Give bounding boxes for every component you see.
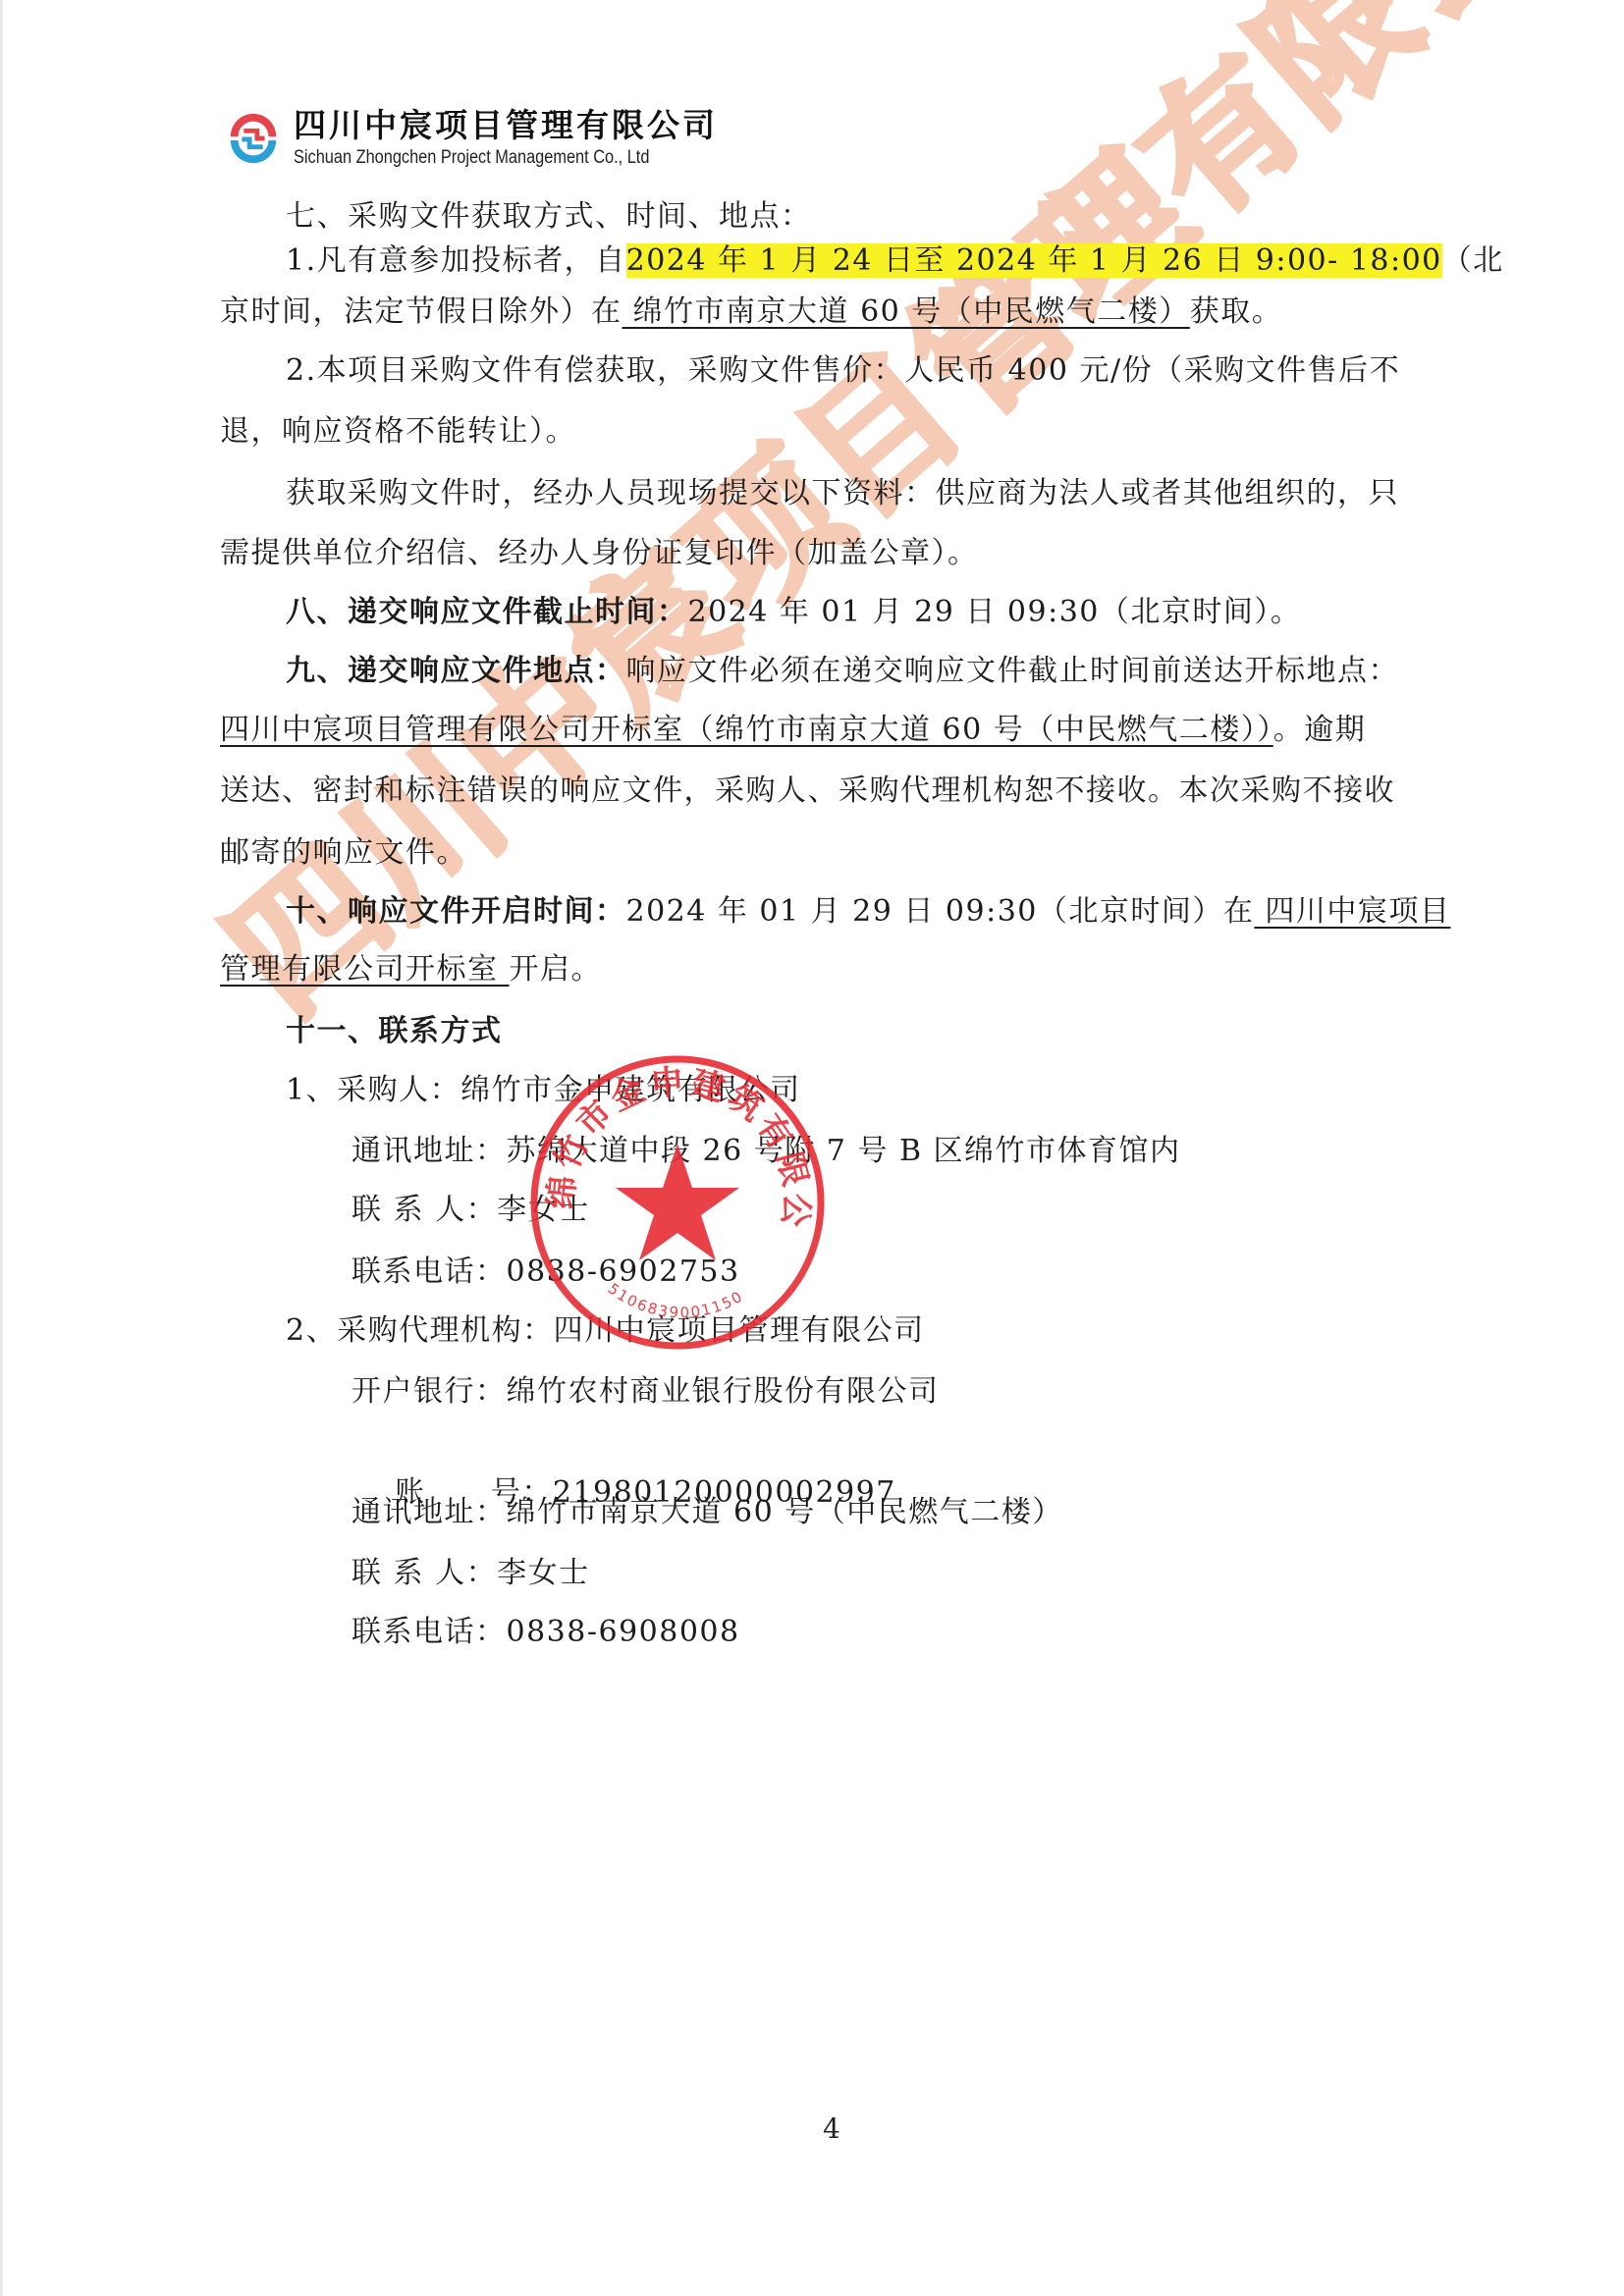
opening-location-part1: 四川中宸项目	[1254, 894, 1450, 929]
phone-label: 联系电话：	[352, 1615, 507, 1649]
address-value: 绵竹市南京大道 60 号（中民燃气二楼）	[507, 1495, 1063, 1529]
section-8-label: 八、递交响应文件截止时间：	[286, 595, 688, 629]
section-7-para1-line2: 京时间，法定节假日除外）在 绵竹市南京大道 60 号（中民燃气二楼）获取。	[220, 293, 1282, 332]
section-10-line2: 管理有限公司开标室 开启。	[220, 950, 602, 989]
page-number: 4	[823, 2112, 840, 2145]
official-seal-stamp: 绵竹市金申建筑有限公司 5106839001150	[525, 1050, 830, 1355]
seal-number: 5106839001150	[605, 1280, 747, 1322]
bank-value: 绵竹农村商业银行股份有限公司	[507, 1374, 940, 1409]
para1-line2-prefix: 京时间，法定节假日除外）在	[220, 294, 623, 329]
contact-value: 李女士	[497, 1556, 590, 1590]
agency-contact: 联 系 人：李女士	[352, 1554, 590, 1593]
zhongchen-logo-icon	[225, 110, 282, 167]
section-10-label: 十、响应文件开启时间：	[286, 894, 626, 929]
section-9-line2: 四川中宸项目管理有限公司开标室（绵竹市南京大道 60 号（中民燃气二楼））。逾期	[220, 711, 1366, 750]
agency-bank: 开户银行：绵竹农村商业银行股份有限公司	[352, 1372, 940, 1412]
company-logo-header: 四川中宸项目管理有限公司 Sichuan Zhongchen Project M…	[225, 106, 735, 175]
section-9-suffix: 。逾期	[1273, 713, 1367, 747]
section-9-line3: 送达、密封和标注错误的响应文件，采购人、采购代理机构恕不接收。本次采购不接收	[220, 772, 1395, 811]
section-8-value: 2024 年 01 月 29 日 09:30（北京时间）。	[688, 595, 1302, 629]
section-10-value: 2024 年 01 月 29 日 09:30（北京时间）在	[626, 894, 1255, 929]
pickup-location: 绵竹市南京大道 60 号（中民燃气二楼）	[623, 294, 1190, 329]
contact-label: 联 系 人：	[352, 1556, 497, 1590]
section-7-para2-line1: 2.本项目采购文件有偿获取，采购文件售价：人民币 400 元/份（采购文件售后不	[286, 351, 1400, 391]
contact-label: 联 系 人：	[352, 1193, 497, 1227]
section-7-para2-line2: 退，响应资格不能转让）。	[220, 412, 576, 452]
star-icon	[616, 1144, 739, 1260]
agency-phone: 联系电话：0838-6908008	[352, 1613, 740, 1652]
section-9-line4: 邮寄的响应文件。	[220, 833, 467, 873]
para1-suffix: （北	[1442, 243, 1504, 278]
company-name-en: Sichuan Zhongchen Project Management Co.…	[294, 147, 649, 169]
section-7-para1-line1: 1.凡有意参加投标者，自2024 年 1 月 24 日至 2024 年 1 月 …	[286, 241, 1504, 281]
para1-prefix: 1.凡有意参加投标者，自	[286, 243, 626, 278]
section-8: 八、递交响应文件截止时间：2024 年 01 月 29 日 09:30（北京时间…	[286, 593, 1301, 632]
phone-value: 0838-6908008	[507, 1615, 740, 1649]
agency-address: 通讯地址：绵竹市南京大道 60 号（中民燃气二楼）	[352, 1493, 1063, 1532]
section-9-label: 九、递交响应文件地点：	[286, 654, 626, 688]
section-10-line1: 十、响应文件开启时间：2024 年 01 月 29 日 09:30（北京时间）在…	[286, 892, 1450, 932]
para1-line2-suffix: 获取。	[1190, 294, 1283, 329]
highlighted-date-range: 2024 年 1 月 24 日至 2024 年 1 月 26 日 9:00- 1…	[626, 243, 1442, 278]
opening-location-part2: 管理有限公司开标室	[220, 952, 510, 987]
address-label: 通讯地址：	[352, 1134, 507, 1168]
section-11-title: 十一、联系方式	[286, 1012, 503, 1051]
section-9-text1: 响应文件必须在递交响应文件截止时间前送达开标地点：	[626, 654, 1400, 688]
company-name-cn: 四川中宸项目管理有限公司	[294, 106, 718, 145]
phone-label: 联系电话：	[352, 1255, 507, 1289]
bank-label: 开户银行：	[352, 1374, 507, 1409]
address-label: 通讯地址：	[352, 1495, 507, 1529]
bid-opening-location: 四川中宸项目管理有限公司开标室（绵竹市南京大道 60 号（中民燃气二楼））	[220, 713, 1273, 747]
section-10-suffix: 开启。	[510, 952, 603, 987]
section-9-line1: 九、递交响应文件地点：响应文件必须在递交响应文件截止时间前送达开标地点：	[286, 652, 1399, 691]
document-page: 四川中宸项目管理有限公司 四川中宸项目管理有限公司 Sichuan Zhongc…	[0, 0, 1624, 2296]
section-7-para3-line2: 需提供单位介绍信、经办人身份证复印件（加盖公章）。	[220, 534, 979, 573]
section-7-para3-line1: 获取采购文件时，经办人员现场提交以下资料：供应商为法人或者其他组织的，只	[286, 474, 1399, 513]
scan-edge	[0, 0, 3, 2296]
section-7-title: 七、采购文件获取方式、时间、地点：	[286, 197, 812, 237]
